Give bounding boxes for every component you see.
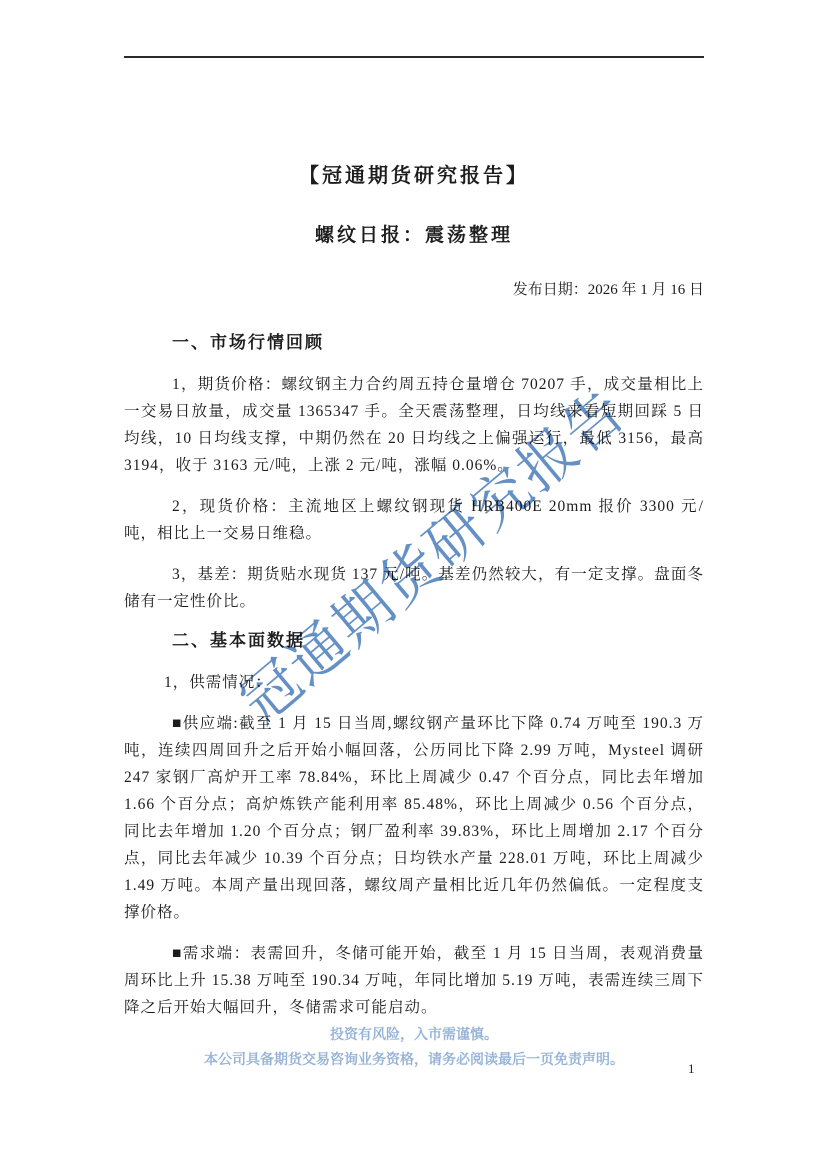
footer-disclaimer: 投资有风险，入市需谨慎。 本公司具备期货交易咨询业务资格，请务必阅读最后一页免责… <box>124 1022 704 1072</box>
paragraph-spot-price: 2，现货价格：主流地区上螺纹钢现货 HRB400E 20mm 报价 3300 元… <box>124 493 704 547</box>
footer-risk-warning: 投资有风险，入市需谨慎。 <box>124 1022 704 1047</box>
report-page: 冠通期货研究报告 【冠通期货研究报告】 螺纹日报：震荡整理 发布日期：2026 … <box>0 0 826 1169</box>
report-title: 螺纹日报：震荡整理 <box>124 223 704 249</box>
paragraph-demand-side: ■需求端：表需回升，冬储可能开始，截至 1 月 15 日当周，表观消费量周环比上… <box>124 940 704 1021</box>
paragraph-supply-side: ■供应端:截至 1 月 15 日当周,螺纹钢产量环比下降 0.74 万吨至 19… <box>124 710 704 926</box>
section-heading-market-review: 一、市场行情回顾 <box>124 331 704 355</box>
report-series-title: 【冠通期货研究报告】 <box>124 163 704 189</box>
paragraph-basis: 3，基差：期货贴水现货 137 元/吨。基差仍然较大，有一定支撑。盘面冬储有一定… <box>124 561 704 615</box>
section-heading-fundamentals: 二、基本面数据 <box>124 629 704 653</box>
page-number: 1 <box>688 1061 695 1077</box>
document-content: 【冠通期货研究报告】 螺纹日报：震荡整理 发布日期：2026 年 1 月 16 … <box>124 163 704 1035</box>
header-rule <box>124 56 704 58</box>
subheading-supply-demand: 1，供需情况： <box>124 669 704 696</box>
footer-qualification-notice: 本公司具备期货交易咨询业务资格，请务必阅读最后一页免责声明。 <box>124 1047 704 1072</box>
paragraph-futures-price: 1，期货价格：螺纹钢主力合约周五持仓量增仓 70207 手，成交量相比上一交易日… <box>124 371 704 479</box>
publish-date: 发布日期：2026 年 1 月 16 日 <box>124 279 704 301</box>
